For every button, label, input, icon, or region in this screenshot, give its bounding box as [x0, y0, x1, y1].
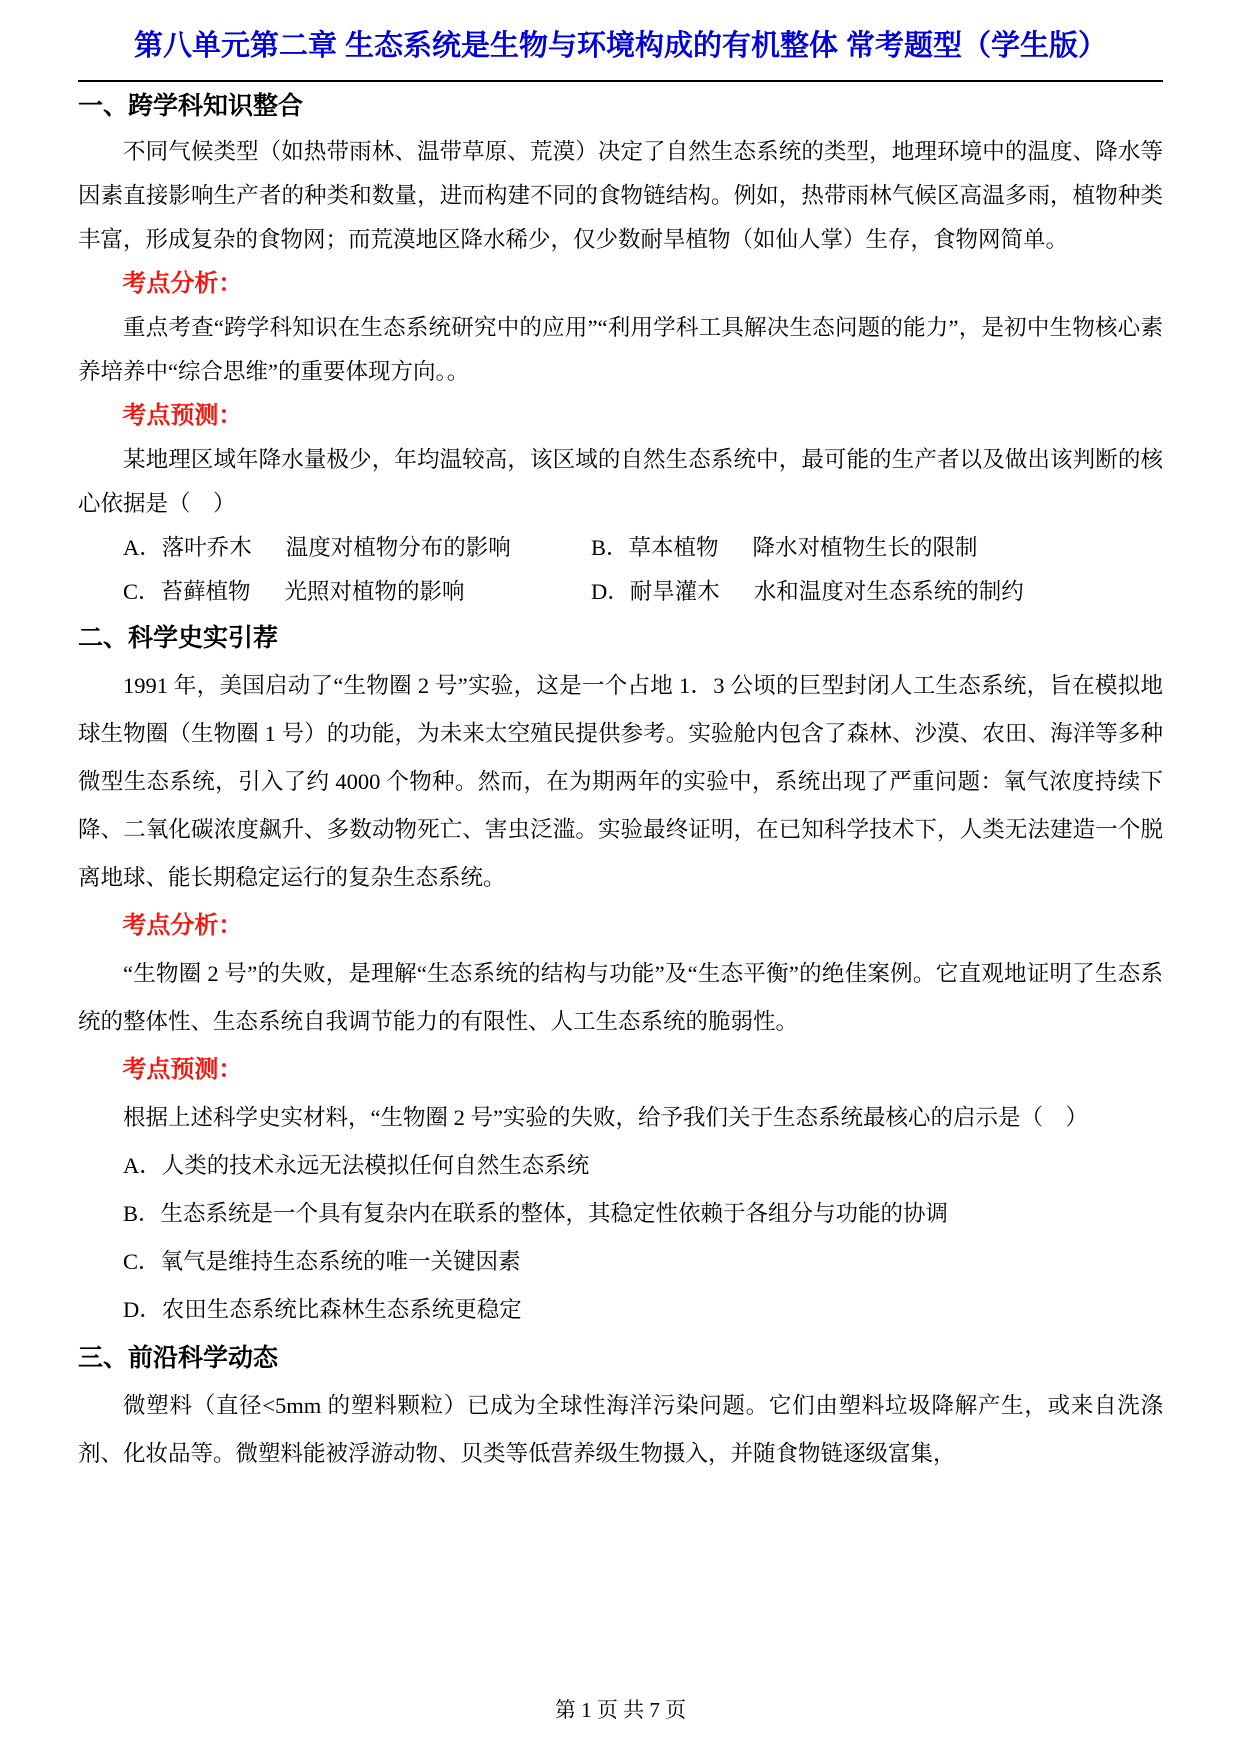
- option-c-desc: 光照对植物的影响: [285, 570, 465, 614]
- page-number-footer: 第 1 页 共 7 页: [0, 1694, 1241, 1724]
- option-b-label: B．草本植物: [591, 526, 719, 570]
- section-cross-discipline: 一、跨学科知识整合 不同气候类型（如热带雨林、温带草原、荒漠）决定了自然生态系统…: [78, 82, 1163, 614]
- option-a-line: A．人类的技术永远无法模拟任何自然生态系统: [78, 1142, 1163, 1190]
- doc-page: 第八单元第二章 生态系统是生物与环境构成的有机整体 常考题型（学生版） 一、跨学…: [0, 0, 1241, 1478]
- section-2-question-text: 根据上述科学史实材料，“生物圈 2 号”实验的失败，给予我们关于生态系统最核心的…: [78, 1094, 1163, 1142]
- option-d: D．耐旱灌木 水和温度对生态系统的制约: [591, 570, 1024, 614]
- option-b-desc: 降水对植物生长的限制: [753, 526, 978, 570]
- exam-analysis-label-2: 考点分析：: [78, 902, 1163, 950]
- section-2-intro-paragraph: 1991 年，美国启动了“生物圈 2 号”实验，这是一个占地 1．3 公顷的巨型…: [78, 662, 1163, 902]
- option-c-label: C．苔藓植物: [123, 570, 251, 614]
- section-3-intro-paragraph: 微塑料（直径<5mm 的塑料颗粒）已成为全球性海洋污染问题。它们由塑料垃圾降解产…: [78, 1382, 1163, 1478]
- option-a-label: A．落叶乔木: [123, 526, 252, 570]
- doc-header: 第八单元第二章 生态系统是生物与环境构成的有机整体 常考题型（学生版）: [78, 24, 1163, 82]
- section-1-heading: 一、跨学科知识整合: [78, 82, 1163, 130]
- option-row-ab: A．落叶乔木 温度对植物分布的影响 B．草本植物 降水对植物生长的限制: [78, 526, 1163, 570]
- options-grid-1: A．落叶乔木 温度对植物分布的影响 B．草本植物 降水对植物生长的限制 C．苔藓…: [78, 526, 1163, 614]
- options-list-2: A．人类的技术永远无法模拟任何自然生态系统 B．生态系统是一个具有复杂内在联系的…: [78, 1142, 1163, 1334]
- option-b: B．草本植物 降水对植物生长的限制: [591, 526, 978, 570]
- doc-title: 第八单元第二章 生态系统是生物与环境构成的有机整体 常考题型（学生版）: [78, 24, 1163, 68]
- section-2-heading: 二、科学史实引荐: [78, 614, 1163, 662]
- option-b-line: B．生态系统是一个具有复杂内在联系的整体，其稳定性依赖于各组分与功能的协调: [78, 1190, 1163, 1238]
- section-2-analysis-paragraph: “生物圈 2 号”的失败，是理解“生态系统的结构与功能”及“生态平衡”的绝佳案例…: [78, 950, 1163, 1046]
- option-d-desc: 水和温度对生态系统的制约: [754, 570, 1024, 614]
- exam-analysis-label-1: 考点分析：: [78, 262, 1163, 306]
- section-1-analysis-paragraph: 重点考查“跨学科知识在生态系统研究中的应用”“利用学科工具解决生态问题的能力”，…: [78, 306, 1163, 394]
- section-3-heading: 三、前沿科学动态: [78, 1334, 1163, 1382]
- option-d-label: D．耐旱灌木: [591, 570, 720, 614]
- option-c: C．苔藓植物 光照对植物的影响: [123, 570, 591, 614]
- option-d-line: D．农田生态系统比森林生态系统更稳定: [78, 1286, 1163, 1334]
- section-science-history: 二、科学史实引荐 1991 年，美国启动了“生物圈 2 号”实验，这是一个占地 …: [78, 614, 1163, 1334]
- exam-prediction-label-2: 考点预测：: [78, 1046, 1163, 1094]
- option-c-line: C．氧气是维持生态系统的唯一关键因素: [78, 1238, 1163, 1286]
- option-row-cd: C．苔藓植物 光照对植物的影响 D．耐旱灌木 水和温度对生态系统的制约: [78, 570, 1163, 614]
- section-1-intro-paragraph: 不同气候类型（如热带雨林、温带草原、荒漠）决定了自然生态系统的类型，地理环境中的…: [78, 130, 1163, 262]
- option-a: A．落叶乔木 温度对植物分布的影响: [123, 526, 591, 570]
- exam-prediction-label-1: 考点预测：: [78, 394, 1163, 438]
- option-a-desc: 温度对植物分布的影响: [286, 526, 511, 570]
- section-frontier-science: 三、前沿科学动态 微塑料（直径<5mm 的塑料颗粒）已成为全球性海洋污染问题。它…: [78, 1334, 1163, 1478]
- section-1-question-text: 某地理区域年降水量极少，年均温较高，该区域的自然生态系统中，最可能的生产者以及做…: [78, 438, 1163, 526]
